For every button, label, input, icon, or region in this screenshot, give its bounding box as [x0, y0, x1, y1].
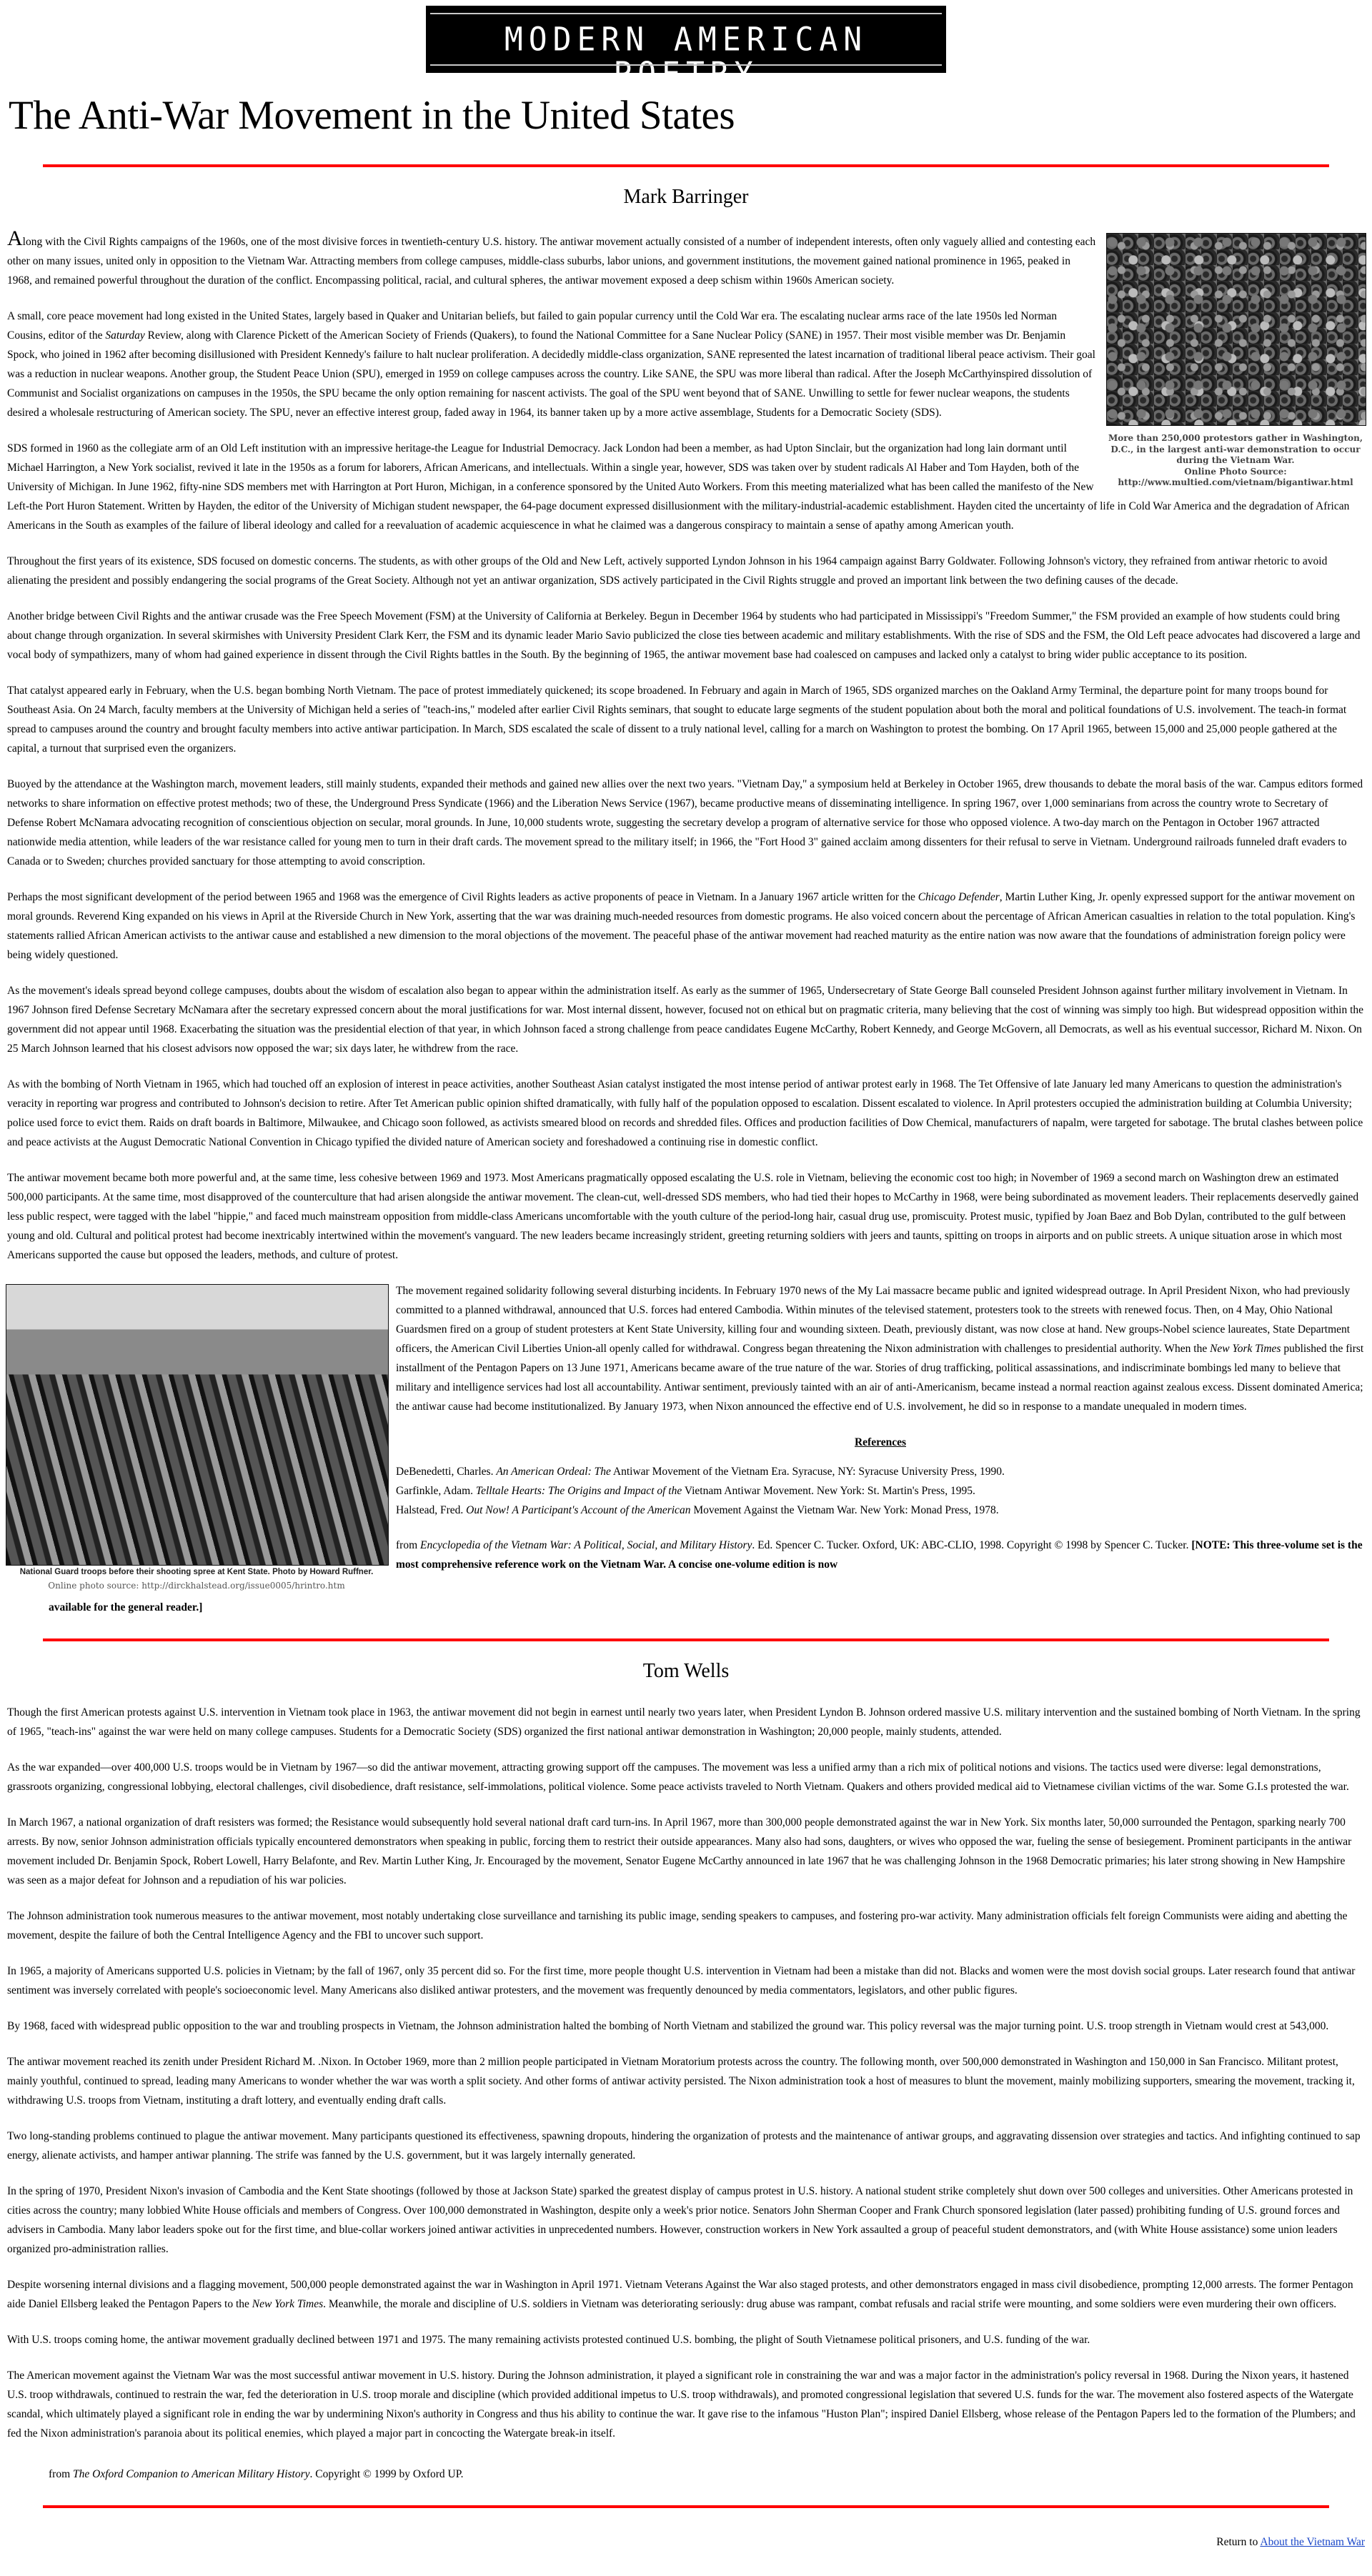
paragraph: Two long-standing problems continued to … — [7, 2127, 1365, 2165]
paragraph: As the movement's ideals spread beyond c… — [7, 981, 1365, 1058]
figure-caption: More than 250,000 protestors gather in W… — [1106, 433, 1365, 489]
paragraph: The American movement against the Vietna… — [7, 2366, 1365, 2443]
paragraph: With U.S. troops coming home, the antiwa… — [7, 2330, 1365, 2349]
banner-rule-top — [430, 13, 942, 14]
banner-row: MODERN AMERICAN POETRY — [7, 0, 1365, 79]
divider — [43, 2505, 1329, 2508]
paragraph: That catalyst appeared early in February… — [7, 681, 1365, 758]
source-note-continued: available for the general reader.] — [49, 1598, 1365, 1617]
drop-cap: A — [7, 227, 23, 250]
about-vietnam-war-link[interactable]: About the Vietnam War — [1260, 2536, 1365, 2548]
paragraph: In 1965, a majority of Americans support… — [7, 1961, 1365, 2000]
figure-source: Online photo source: http://dirckhalstea… — [6, 1578, 387, 1593]
figure-caption: National Guard troops before their shoot… — [6, 1567, 387, 1578]
paragraph: The antiwar movement became both more po… — [7, 1168, 1365, 1265]
page-title: The Anti-War Movement in the United Stat… — [9, 94, 1365, 137]
article-wells: Though the first American protests again… — [7, 1703, 1365, 2484]
caption-source-url: http://www.multied.com/vietnam/bigantiwa… — [1106, 477, 1365, 489]
paragraph: Despite worsening internal divisions and… — [7, 2275, 1365, 2314]
paragraph: In the spring of 1970, President Nixon's… — [7, 2182, 1365, 2259]
divider — [43, 164, 1329, 167]
author-name: Mark Barringer — [7, 186, 1365, 209]
paragraph: Throughout the first years of its existe… — [7, 552, 1365, 590]
paragraph: As with the bombing of North Vietnam in … — [7, 1075, 1365, 1152]
source-citation: from The Oxford Companion to American Mi… — [49, 2465, 1365, 2484]
paragraph: Another bridge between Civil Rights and … — [7, 607, 1365, 665]
caption-source-label: Online Photo Source: — [1106, 467, 1365, 478]
banner-rule-bottom — [430, 64, 942, 66]
author-name: Tom Wells — [7, 1660, 1365, 1683]
paragraph: Perhaps the most significant development… — [7, 887, 1365, 965]
crowd-photo — [1106, 233, 1366, 426]
paragraph: Buoyed by the attendance at the Washingt… — [7, 775, 1365, 871]
page: MODERN AMERICAN POETRY The Anti-War Move… — [0, 0, 1372, 2560]
site-logo-text: MODERN AMERICAN POETRY — [426, 23, 946, 92]
paragraph: Though the first American protests again… — [7, 1703, 1365, 1741]
paragraph: In March 1967, a national organization o… — [7, 1813, 1365, 1890]
article-barringer: More than 250,000 protestors gather in W… — [7, 229, 1365, 1617]
return-nav: Return to About the Vietnam War — [7, 2532, 1365, 2560]
paragraph: As the war expanded—over 400,000 U.S. tr… — [7, 1758, 1365, 1796]
figure-kent-state: National Guard troops before their shoot… — [6, 1284, 387, 1593]
national-guard-photo — [6, 1284, 389, 1566]
paragraph: By 1968, faced with widespread public op… — [7, 2016, 1365, 2036]
site-logo-banner[interactable]: MODERN AMERICAN POETRY — [426, 6, 946, 73]
divider — [43, 1638, 1329, 1641]
caption-text: More than 250,000 protestors gather in W… — [1106, 433, 1365, 467]
paragraph: The Johnson administration took numerous… — [7, 1906, 1365, 1945]
paragraph: The antiwar movement reached its zenith … — [7, 2052, 1365, 2110]
figure-crowd: More than 250,000 protestors gather in W… — [1106, 233, 1365, 489]
